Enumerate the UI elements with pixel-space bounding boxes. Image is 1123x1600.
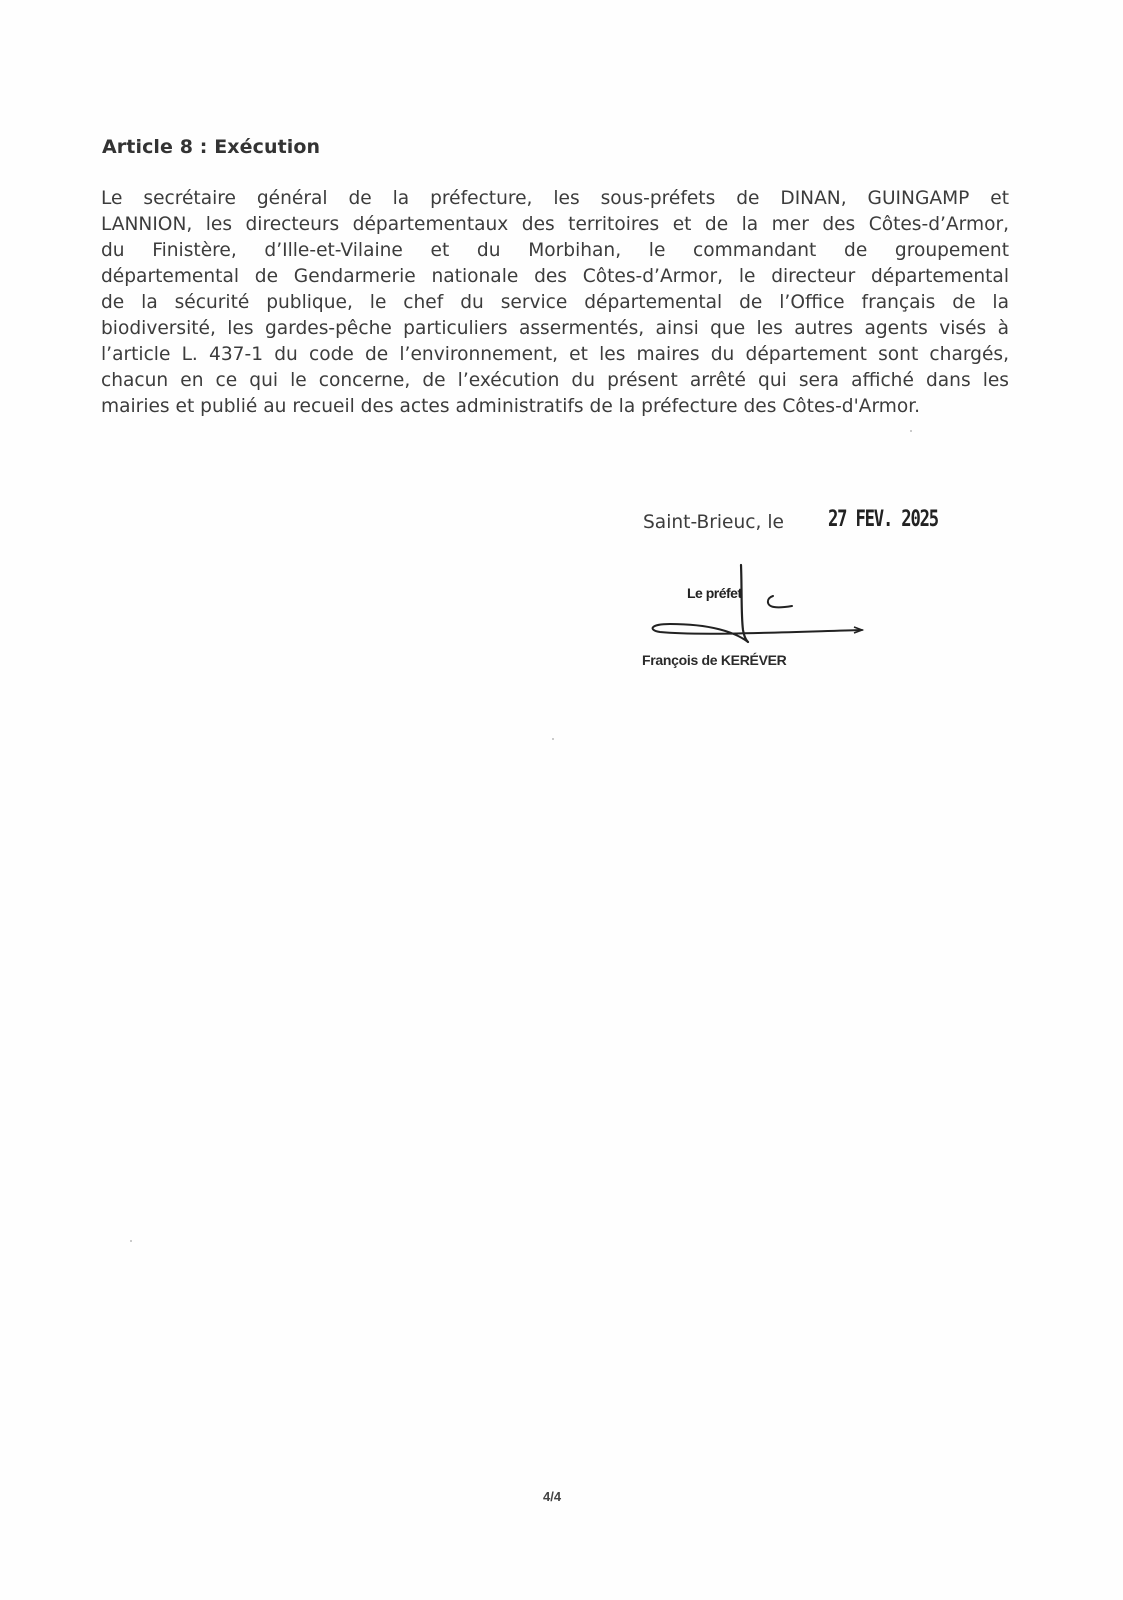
scan-speck [130, 1240, 132, 1242]
signature-title: Le préfet [687, 585, 742, 601]
page-number: 4/4 [543, 1489, 561, 1504]
body-line: Le secrétaire général de la préfecture, … [101, 186, 1009, 212]
body-line: l’article L. 437-1 du code de l’environn… [101, 342, 1009, 368]
scan-speck [910, 430, 912, 432]
body-line: chacun en ce qui le concerne, de l’exécu… [101, 368, 1009, 394]
body-line: mairies et publié au recueil des actes a… [101, 394, 1009, 420]
article-body: Le secrétaire général de la préfecture, … [101, 186, 1009, 420]
body-line: biodiversité, les gardes-pêche particuli… [101, 316, 1009, 342]
article-heading: Article 8 : Exécution [102, 136, 320, 158]
place-label: Saint-Brieuc, le [643, 512, 784, 533]
scan-speck [552, 738, 554, 740]
date-stamp: 27 FEV. 2025 [828, 507, 938, 532]
body-line: départemental de Gendarmerie nationale d… [101, 264, 1009, 290]
body-line: du Finistère, d’Ille-et-Vilaine et du Mo… [101, 238, 1009, 264]
document-page: Article 8 : Exécution Le secrétaire géné… [0, 0, 1123, 1600]
handwritten-signature-icon [640, 560, 880, 660]
signatory-name: François de KERÉVER [642, 652, 786, 668]
body-line: LANNION, les directeurs départementaux d… [101, 212, 1009, 238]
body-line: de la sécurité publique, le chef du serv… [101, 290, 1009, 316]
